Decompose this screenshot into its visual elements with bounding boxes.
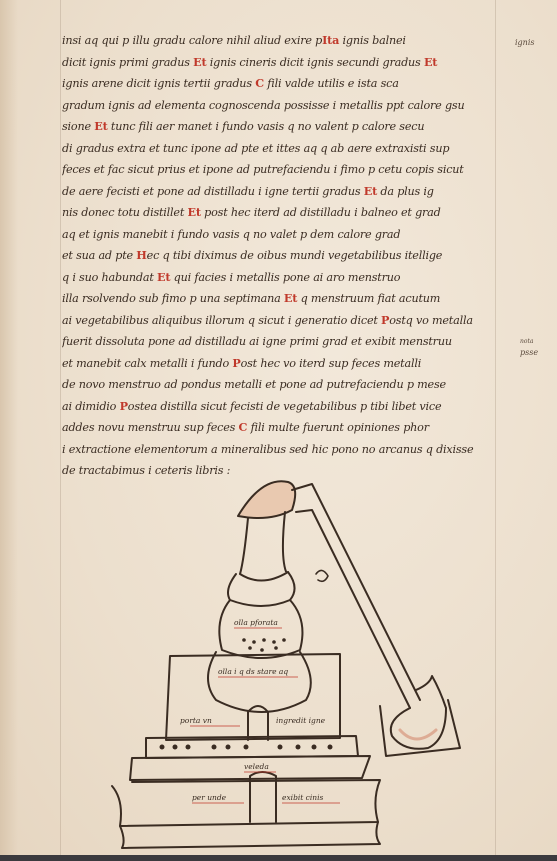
label-base-left: per unde: [192, 793, 227, 802]
page-bottom-edge: [0, 855, 557, 861]
receiver-stand: [380, 700, 460, 756]
label-middle-band: veleda: [244, 762, 269, 771]
pot-dots: [242, 638, 286, 652]
lower-pot: [208, 652, 311, 712]
label-upper-vessel: olla pforata: [234, 618, 278, 627]
label-door-left: porta vn: [180, 716, 212, 725]
label-base-right: exibit cinis: [282, 793, 323, 802]
spout-ring: [316, 570, 328, 581]
alembic-head: [238, 481, 295, 518]
distillation-apparatus-drawing: olla pforata olla i q ds stare aq porta …: [0, 0, 557, 861]
collar-ring: [228, 572, 295, 606]
label-lower-vessel: olla i q ds stare aq: [218, 667, 288, 676]
perforation-holes: [160, 745, 333, 750]
label-door-right: ingredit igne: [276, 716, 326, 725]
alembic-neck: [240, 512, 287, 574]
alembic-spout: [292, 484, 420, 708]
